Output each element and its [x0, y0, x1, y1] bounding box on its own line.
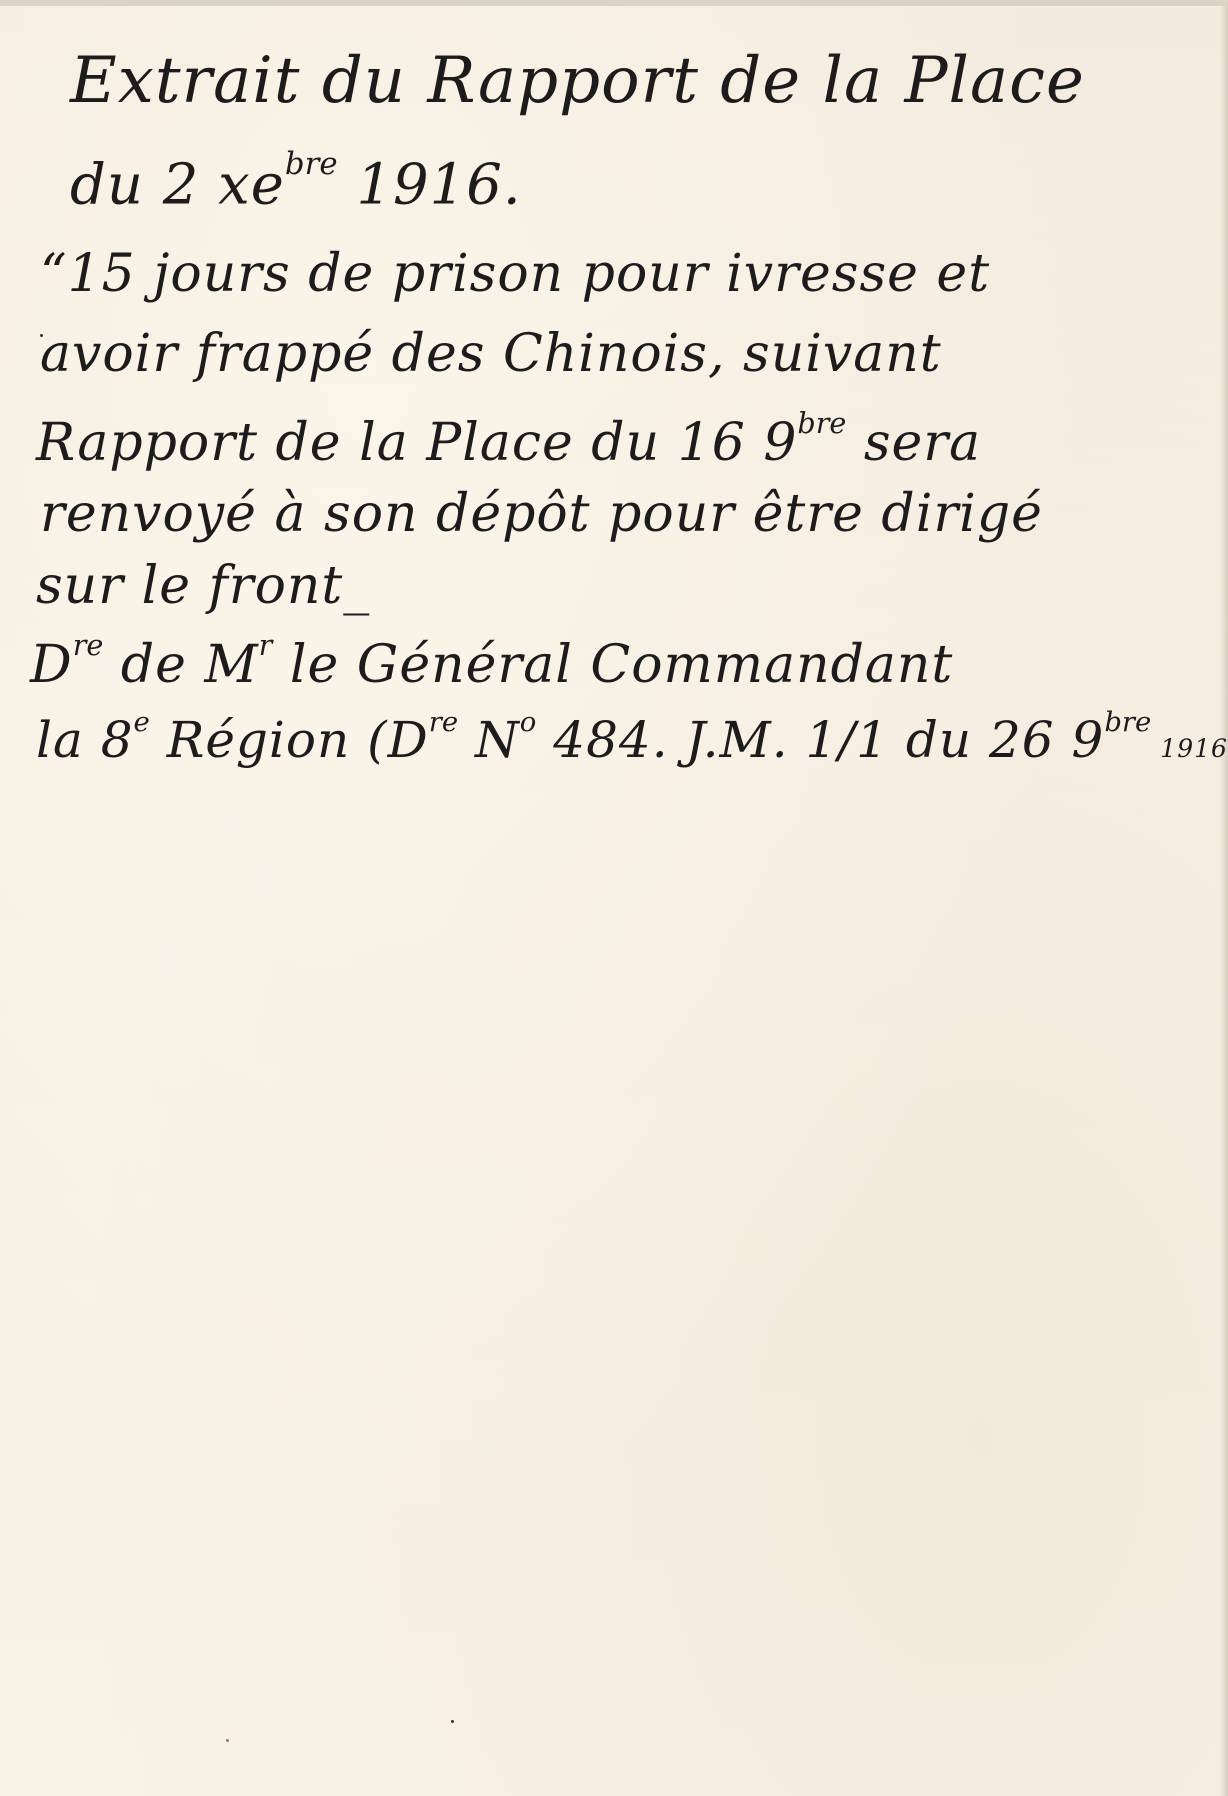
date-text: du 2: [70, 152, 218, 217]
body-text: sur le front_: [36, 556, 370, 616]
signature-text: de M: [103, 635, 258, 695]
reference-number: 484. J.M. 1/1 du 26 9: [536, 711, 1104, 769]
paper-speck: [40, 334, 43, 337]
signature-text: Région (D: [150, 711, 429, 769]
signature-text: D: [30, 635, 73, 695]
body-text: “15 jours de prison pour ivresse et: [40, 244, 990, 304]
body-line-5: sur le front_: [36, 556, 370, 616]
heading-line: Extrait du Rapport de la Place: [70, 44, 1085, 118]
paper-edge-shadow: [1220, 6, 1228, 1796]
date-year: 1916.: [338, 152, 522, 217]
month-superscript: bre: [797, 406, 846, 440]
paper-speck: [451, 1720, 454, 1723]
body-text: Rapport de la Place du 16 9: [36, 413, 797, 473]
body-text: renvoyé à son dépôt pour être dirigé: [40, 484, 1043, 544]
body-text: sera: [846, 413, 981, 473]
signature-line-2: la 8e Région (Dre No 484. J.M. 1/1 du 26…: [36, 706, 1228, 769]
date-line: du 2 xebre 1916.: [70, 146, 522, 217]
handwritten-document-page: Extrait du Rapport de la Place du 2 xebr…: [0, 0, 1228, 1796]
heading-text: Extrait du Rapport de la Place: [70, 44, 1085, 118]
abbrev-superscript: r: [259, 628, 273, 662]
date-superscript: bre: [285, 146, 338, 182]
body-text: avoir frappé des Chinois, suivant: [40, 324, 942, 384]
body-line-2: avoir frappé des Chinois, suivant: [40, 324, 942, 384]
abbrev-superscript: re: [73, 628, 104, 662]
month-superscript: bre: [1104, 706, 1151, 738]
signature-text: la 8: [36, 711, 134, 769]
abbrev-superscript: re: [429, 706, 458, 738]
signature-text: le Général Commandant: [272, 635, 953, 695]
signature-text: N: [458, 711, 520, 769]
date-month-abbrev: xe: [218, 152, 285, 217]
body-line-1: “15 jours de prison pour ivresse et: [40, 244, 990, 304]
body-line-4: renvoyé à son dépôt pour être dirigé: [40, 484, 1043, 544]
reference-year: 1916: [1151, 734, 1228, 763]
abbrev-superscript: o: [520, 706, 537, 738]
signature-line-1: Dre de Mr le Général Commandant: [30, 628, 953, 695]
paper-speck: [226, 1739, 229, 1742]
ordinal-superscript: e: [134, 706, 150, 738]
body-line-3: Rapport de la Place du 16 9bre sera: [36, 406, 981, 473]
